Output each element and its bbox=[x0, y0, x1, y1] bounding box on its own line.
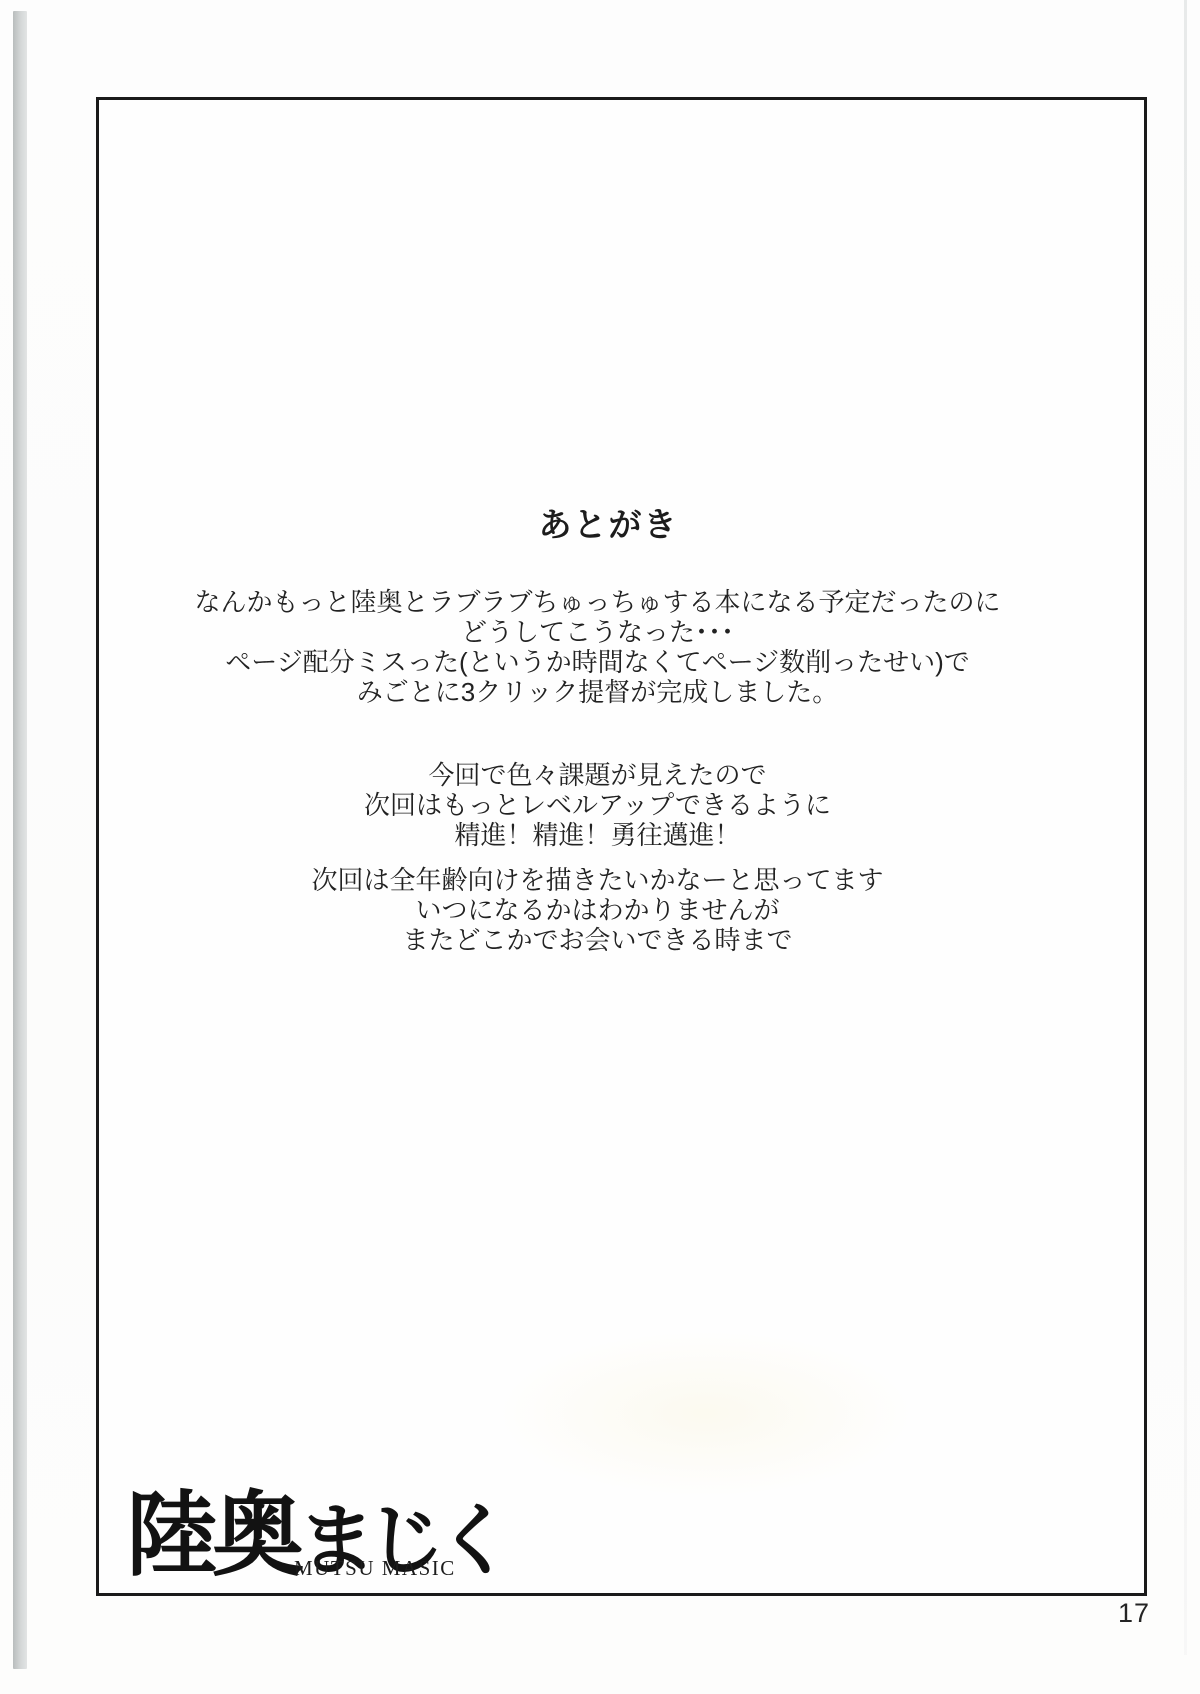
text-line: またどこかでお会いできる時まで bbox=[99, 925, 1096, 955]
text-line: 次回はもっとレベルアップできるように bbox=[99, 790, 1096, 820]
text-line: みごとに3クリック提督が完成しました。 bbox=[99, 677, 1096, 707]
text-line: いつになるかはわかりませんが bbox=[99, 895, 1096, 925]
afterword-paragraph-3: 次回は全年齢向けを描きたいかなーと思ってます いつになるかはわかりませんが また… bbox=[99, 865, 1096, 955]
text-line: なんかもっと陸奥とラブラブちゅっちゅする本になる予定だったのに bbox=[99, 587, 1096, 617]
circle-logo: 陸奥まじく MUTSU MASIC bbox=[126, 1490, 546, 1590]
text-line: どうしてこうなった･･･ bbox=[99, 617, 1096, 647]
spine-shadow-bar bbox=[13, 11, 27, 1669]
afterword-paragraph-1: なんかもっと陸奥とラブラブちゅっちゅする本になる予定だったのに どうしてこうなっ… bbox=[99, 587, 1096, 707]
text-line: 精進！精進！勇往邁進！ bbox=[99, 820, 1096, 850]
logo-kanji: 陸奥 bbox=[126, 1485, 298, 1587]
page-number: 17 bbox=[1118, 1598, 1150, 1629]
logo-romanized-title: MUTSU MASIC bbox=[294, 1556, 456, 1581]
afterword-paragraph-2: 今回で色々課題が見えたので 次回はもっとレベルアップできるように 精進！精進！勇… bbox=[99, 760, 1096, 850]
page-frame: あとがき なんかもっと陸奥とラブラブちゅっちゅする本になる予定だったのに どうし… bbox=[96, 97, 1147, 1596]
page-edge-line bbox=[1184, 0, 1187, 1655]
text-line: 今回で色々課題が見えたので bbox=[99, 760, 1096, 790]
scanned-page: あとがき なんかもっと陸奥とラブラブちゅっちゅする本になる予定だったのに どうし… bbox=[0, 0, 1200, 1694]
text-line: 次回は全年齢向けを描きたいかなーと思ってます bbox=[99, 865, 1096, 895]
afterword-title: あとがき bbox=[99, 499, 1118, 546]
text-line: ページ配分ミスった(というか時間なくてページ数削ったせい)で bbox=[99, 647, 1096, 677]
